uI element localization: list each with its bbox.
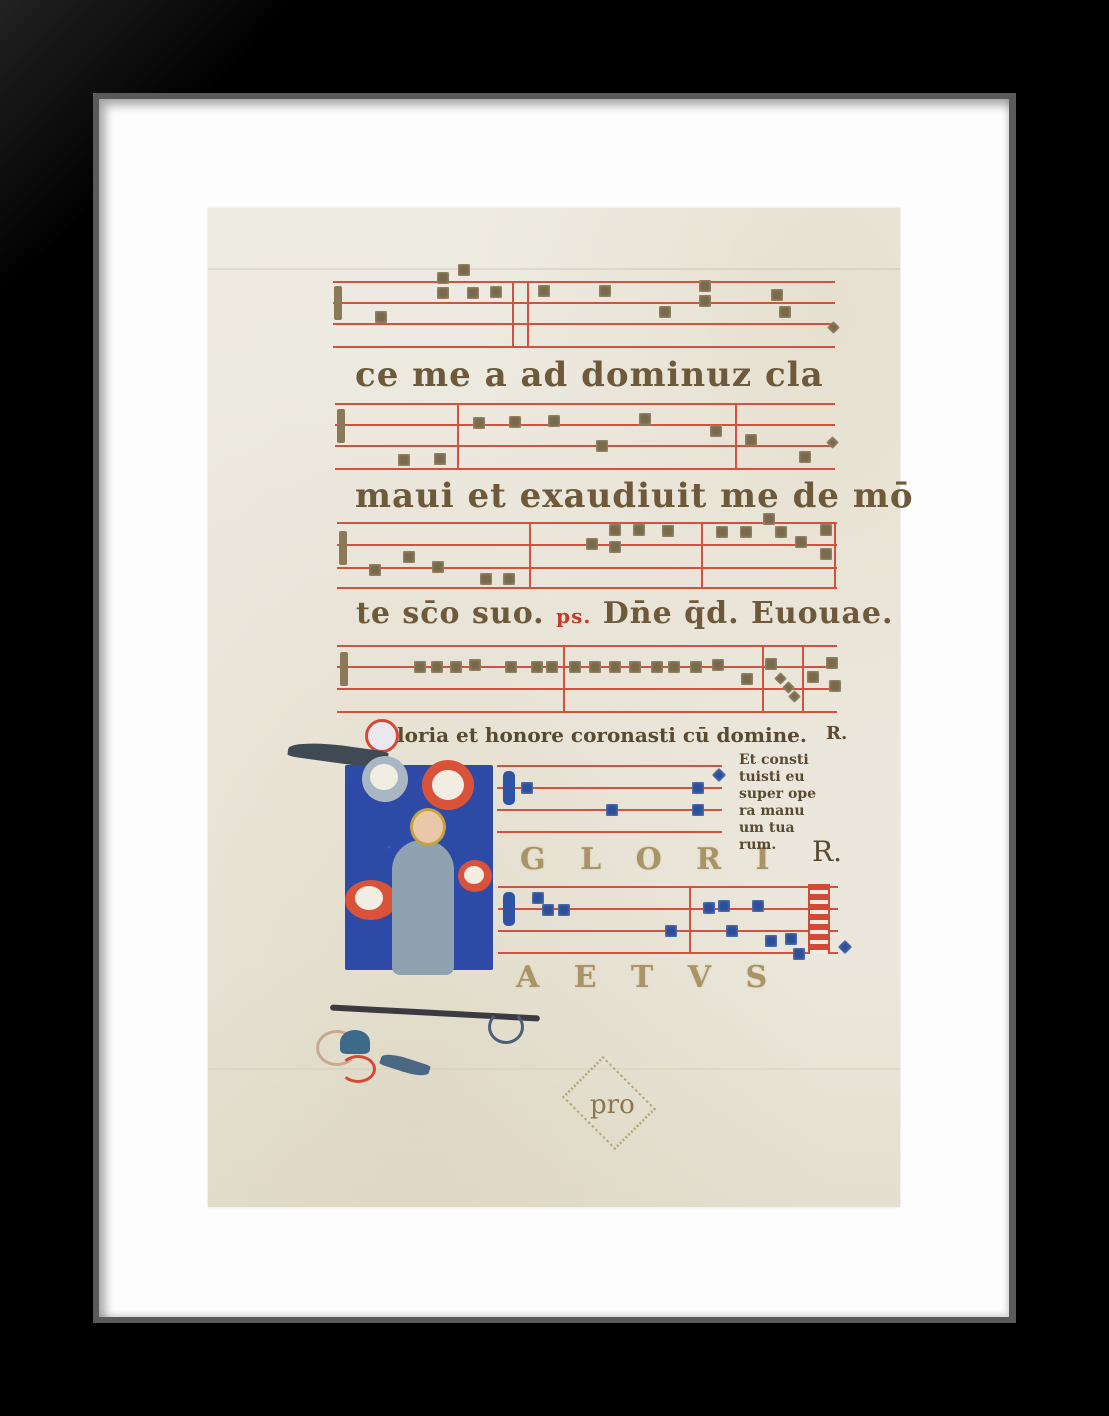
neume [432, 561, 444, 573]
neume [799, 451, 811, 463]
neume-blue [718, 900, 730, 912]
neume-blue [532, 892, 544, 904]
lyric-line-1: ce me a ad dominuz cla [355, 355, 824, 395]
lyric-line-2: maui et exaudiuit me de mō [355, 476, 914, 516]
f-clef-blue [503, 892, 515, 926]
lyric-line-4: loria et honore coronasti cū domine. [397, 723, 807, 747]
blue-leaf [340, 1030, 370, 1054]
catchword-box: pro [566, 1078, 650, 1136]
c-clef [340, 652, 348, 686]
neume [450, 661, 462, 673]
neume [609, 541, 621, 553]
neume [538, 285, 550, 297]
neume [740, 526, 752, 538]
neume-blue [558, 904, 570, 916]
neume [473, 417, 485, 429]
neume [745, 434, 757, 446]
neume-blue [793, 948, 805, 960]
neume [639, 413, 651, 425]
staff-5 [497, 765, 722, 833]
neume [398, 454, 410, 466]
neume [469, 659, 481, 671]
lyric-line-3: te sc̄o suo. ps. Dn̄e q̄d. Euouae. [356, 596, 893, 631]
c-clef [339, 531, 347, 565]
neume [609, 524, 621, 536]
neume-blue [692, 782, 704, 794]
catchword: pro [590, 1090, 635, 1120]
neume [434, 453, 446, 465]
neume [699, 295, 711, 307]
saint-figure-robe [392, 840, 454, 975]
foliage-highlight [355, 886, 383, 910]
neume [826, 657, 838, 669]
neume [662, 525, 674, 537]
neume [690, 661, 702, 673]
neume [531, 661, 543, 673]
neume [659, 306, 671, 318]
neume [795, 536, 807, 548]
neume [741, 673, 753, 685]
neume [596, 440, 608, 452]
neume [651, 661, 663, 673]
neume [490, 286, 502, 298]
neume [569, 661, 581, 673]
foliage-highlight [432, 770, 464, 800]
neume [375, 311, 387, 323]
neume [699, 280, 711, 292]
lyric-text: te sc̄o suo. [356, 596, 545, 631]
neume [509, 416, 521, 428]
f-clef-blue [503, 771, 515, 805]
neume [480, 573, 492, 585]
neume [503, 573, 515, 585]
neume [820, 548, 832, 560]
neume [779, 306, 791, 318]
foliage-highlight [370, 764, 398, 790]
foliage-highlight [464, 866, 484, 884]
side-text-line: ra manu [739, 803, 816, 820]
neume [403, 551, 415, 563]
neume [829, 680, 841, 692]
scroll-ornament [488, 1010, 524, 1044]
neume [548, 415, 560, 427]
neume-blue [665, 925, 677, 937]
neume [467, 287, 479, 299]
ornamental-double-bar [808, 884, 830, 954]
neume [369, 564, 381, 576]
neume [771, 289, 783, 301]
initial-g [365, 719, 399, 753]
staff-1 [333, 281, 835, 349]
neume [716, 526, 728, 538]
c-clef [337, 409, 345, 443]
neume [633, 524, 645, 536]
parchment-crease [208, 268, 900, 270]
neume [437, 272, 449, 284]
neume [820, 524, 832, 536]
side-text-column: Et consti tuisti eu super ope ra manu um… [739, 752, 816, 854]
side-text-line: super ope [739, 786, 816, 803]
neume [668, 661, 680, 673]
neume [437, 287, 449, 299]
neume-blue [521, 782, 533, 794]
neume-blue [703, 902, 715, 914]
neume-blue [542, 904, 554, 916]
rubric-r-top: R. [826, 723, 847, 744]
side-text-line: Et consti [739, 752, 816, 769]
side-text-line: rum. [739, 837, 816, 854]
neume [599, 285, 611, 297]
neume [505, 661, 517, 673]
scroll-ornament [340, 1055, 376, 1083]
neume [589, 661, 601, 673]
side-text-line: tuisti eu [739, 769, 816, 786]
side-text-line: um tua [739, 820, 816, 837]
neume-blue [785, 933, 797, 945]
neume [629, 661, 641, 673]
neume [710, 425, 722, 437]
neume-blue [606, 804, 618, 816]
gilded-lyric-2: A E T V S [516, 960, 779, 995]
neume [807, 671, 819, 683]
neume-blue [726, 925, 738, 937]
c-clef [334, 286, 342, 320]
staff-4 [337, 645, 837, 713]
neume [763, 513, 775, 525]
neume-blue [752, 900, 764, 912]
neume [546, 661, 558, 673]
psalm-rubric: ps. [556, 604, 591, 628]
staff-2 [335, 403, 835, 471]
neume-blue [692, 804, 704, 816]
lyric-continuation: Dn̄e q̄d. Euouae. [603, 596, 894, 631]
neume [431, 661, 443, 673]
neume [458, 264, 470, 276]
neume [712, 659, 724, 671]
neume [765, 658, 777, 670]
neume-blue [765, 935, 777, 947]
parchment-crease [208, 1068, 900, 1070]
neume [609, 661, 621, 673]
neume [414, 661, 426, 673]
saint-figure-head-with-halo [410, 808, 446, 846]
neume [586, 538, 598, 550]
neume [775, 526, 787, 538]
rubric-r-bottom: R. [812, 835, 842, 868]
